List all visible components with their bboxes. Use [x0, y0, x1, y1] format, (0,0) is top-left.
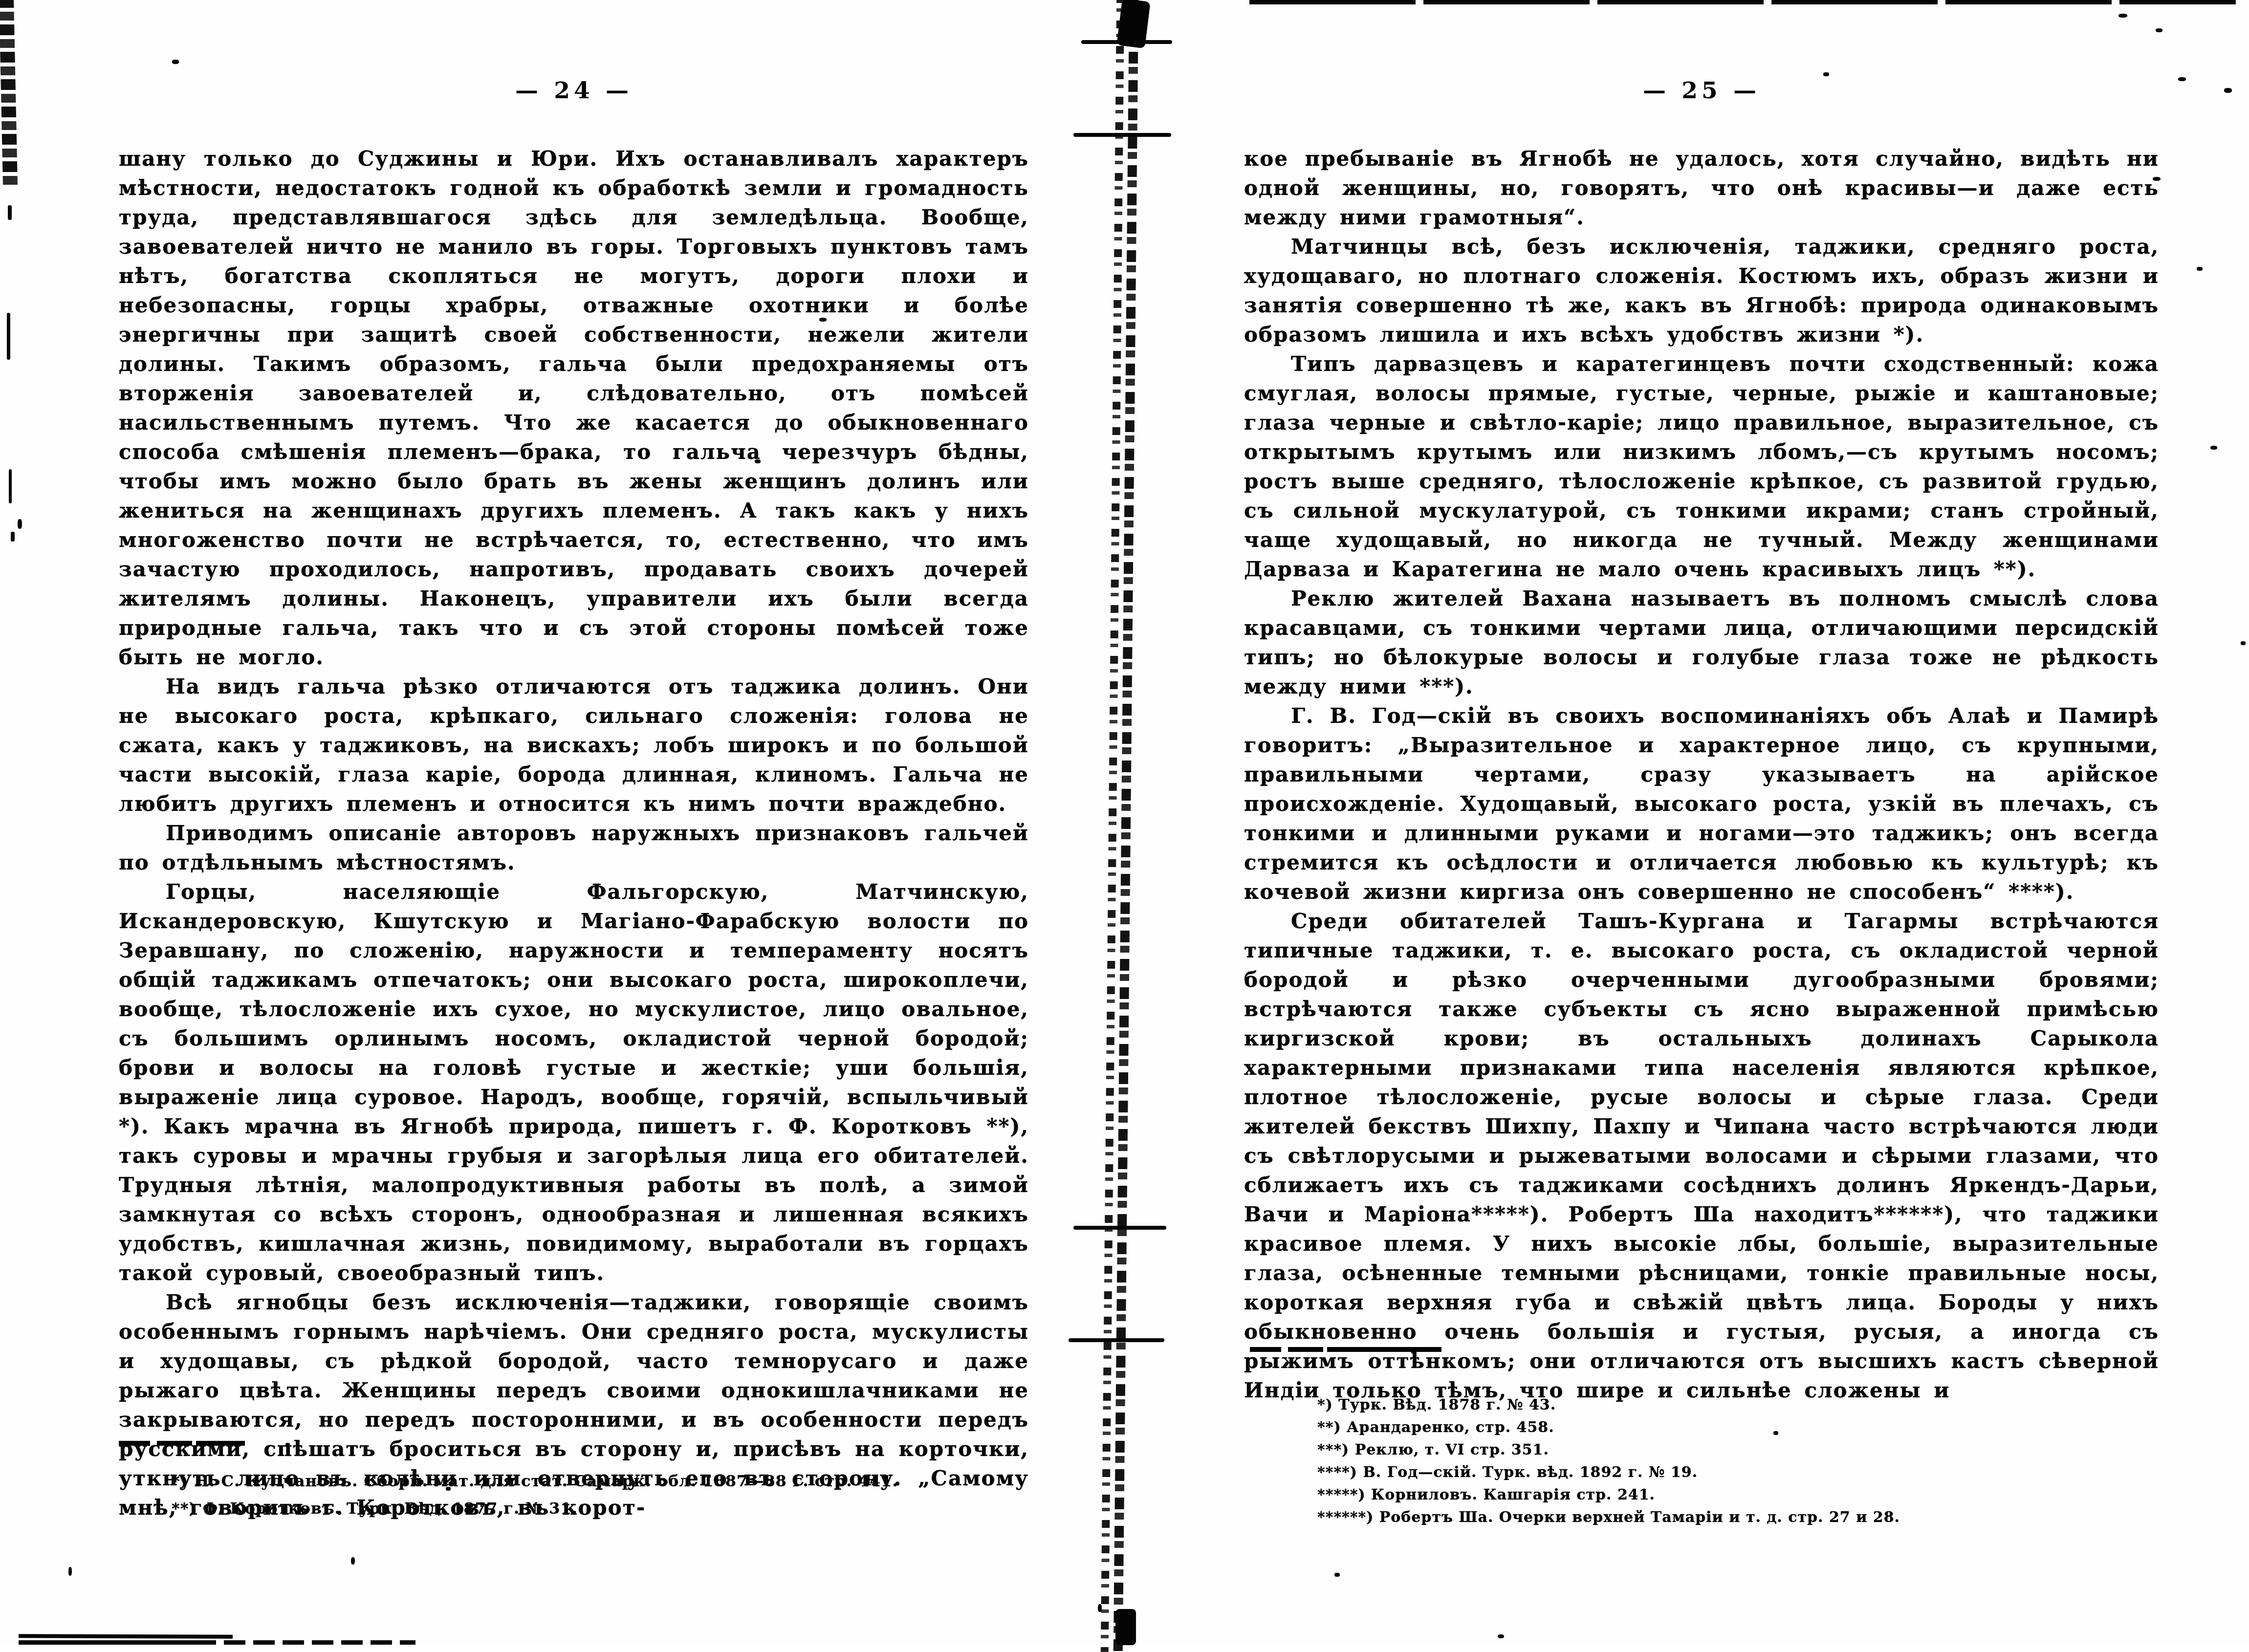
binding-tick-mark	[1073, 1226, 1166, 1230]
ink-speck	[68, 1567, 72, 1576]
left-page-text: шану только до Суджины и Юри. Ихъ остана…	[119, 144, 1029, 1522]
scanned-book-spread: — 24 — шану только до Суджины и Юри. Ихъ…	[0, 0, 2249, 1645]
footnote: **) Ф. Коротковъ. Турк. Вѣд. 1877 г. № 3…	[172, 1495, 1029, 1522]
ink-speck	[1098, 1604, 1102, 1612]
ink-speck	[755, 459, 761, 463]
paragraph: кое пребываніе въ Ягнобѣ не удалось, хот…	[1244, 144, 2159, 232]
right-page-footnotes: *) Турк. Вѣд. 1878 г. № 43. **) Арандаре…	[1244, 1394, 2159, 1529]
ink-speck	[2224, 88, 2232, 93]
footnote-separator	[119, 1441, 245, 1446]
ink-speck	[2178, 77, 2186, 81]
bottom-edge-line	[19, 1640, 415, 1645]
ink-speck	[285, 1443, 290, 1447]
paragraph: Г. В. Год—скій въ своихъ воспоминаніяхъ …	[1244, 701, 2159, 907]
paragraph: На видъ гальча рѣзко отличаются отъ тадж…	[119, 672, 1029, 819]
ink-speck	[819, 318, 827, 322]
footnote: *****) Корниловъ. Кашгарія стр. 241.	[1317, 1484, 2159, 1506]
left-page: — 24 — шану только до Суджины и Юри. Ихъ…	[119, 0, 1029, 1645]
left-page-number: — 24 —	[119, 77, 1029, 104]
footnote: **) Арандаренко, стр. 458.	[1317, 1416, 2159, 1439]
footnote: ******) Робертъ Ша. Очерки верхней Тамар…	[1317, 1506, 2159, 1529]
paragraph: Матчинцы всѣ, безъ исключенія, таджики, …	[1244, 232, 2159, 349]
binding-tick-mark	[1081, 40, 1172, 44]
ink-speck	[2210, 446, 2217, 450]
ink-speck	[2153, 177, 2161, 181]
bottom-edge-line	[19, 1634, 233, 1639]
footnote: *) Н. С. Кулчановъ. Сборн. мат. для стат…	[172, 1467, 1029, 1495]
footnote: ****) В. Год—скій. Турк. вѣд. 1892 г. № …	[1317, 1461, 2159, 1484]
paragraph: Среди обитателей Ташъ-Кургана и Тагармы …	[1244, 907, 2159, 1405]
ink-speck	[2197, 267, 2203, 271]
binding-ink-blob	[1115, 1609, 1136, 1645]
ink-speck	[1773, 1431, 1778, 1435]
right-page: — 25 — кое пребываніе въ Ягнобѣ не удало…	[1244, 0, 2159, 1645]
paragraph: Типъ дарвазцевъ и каратегинцевъ почти сх…	[1244, 349, 2159, 584]
right-page-number: — 25 —	[1244, 77, 2159, 104]
ink-speck	[2241, 641, 2246, 645]
ink-speck	[351, 1557, 355, 1565]
left-page-footnotes: *) Н. С. Кулчановъ. Сборн. мат. для стат…	[119, 1467, 1029, 1522]
footnote: ***) Реклю, т. VI стр. 351.	[1317, 1439, 2159, 1461]
ink-speck	[172, 60, 179, 64]
edge-mark	[7, 313, 10, 360]
binding-tick-mark	[1069, 1338, 1164, 1342]
binding-tick-mark	[1073, 133, 1171, 137]
ink-speck	[1334, 1573, 1340, 1577]
ink-speck	[18, 519, 22, 529]
footnote-separator	[1250, 1347, 1441, 1352]
edge-mark	[11, 532, 15, 542]
ink-speck	[446, 1487, 451, 1491]
edge-mark	[8, 205, 12, 220]
edge-mark	[9, 469, 12, 503]
binding-gutter-artifact	[1101, 0, 1140, 1645]
paragraph: Реклю жителей Вахана называетъ въ полном…	[1244, 584, 2159, 701]
top-edge-line	[1249, 0, 2236, 4]
ink-speck	[1823, 72, 1829, 76]
page-edge-artifact	[0, 0, 18, 186]
footnote: *) Турк. Вѣд. 1878 г. № 43.	[1317, 1394, 2159, 1416]
paragraph: Горцы, населяющіе Фальгорскую, Матчинску…	[119, 877, 1029, 1288]
paragraph: шану только до Суджины и Юри. Ихъ остана…	[119, 144, 1029, 672]
paragraph: Приводимъ описаніе авторовъ наружныхъ пр…	[119, 819, 1029, 877]
ink-speck	[2156, 28, 2162, 32]
ink-speck	[2118, 14, 2127, 18]
ink-speck	[1498, 1634, 1504, 1638]
right-page-text: кое пребываніе въ Ягнобѣ не удалось, хот…	[1244, 144, 2159, 1405]
